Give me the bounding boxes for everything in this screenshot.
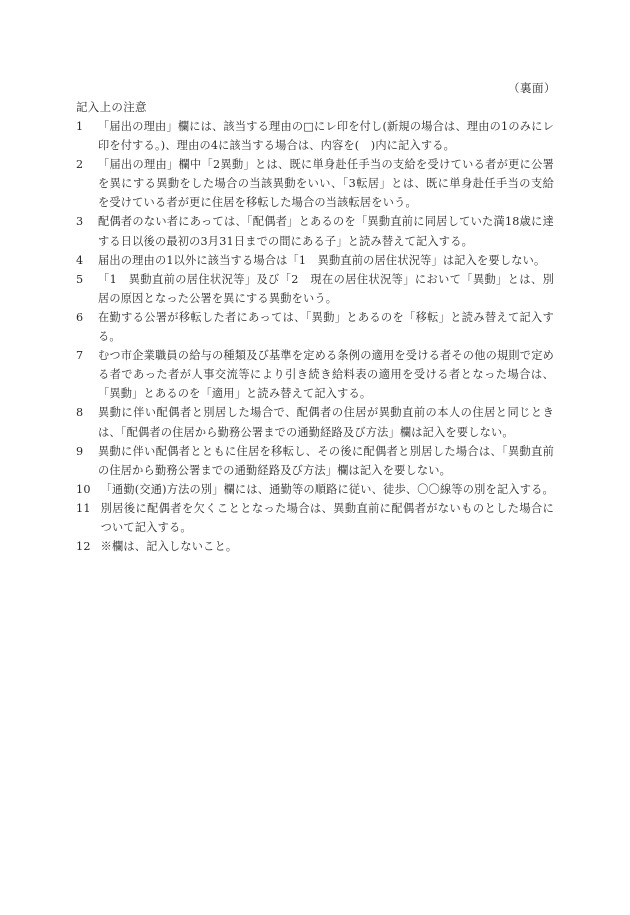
note-text: 在勤する公署が移転した者にあっては、「異動」とあるのを「移転」と読み替えて記入す…	[98, 308, 554, 346]
note-item-2: 2 「届出の理由」欄中「2異動」とは、既に単身赴任手当の支給を受けている者が更に…	[76, 155, 554, 212]
note-text: 異動に伴い配偶者とともに住居を移転し、その後に配偶者と別居した場合は、「異動直前…	[98, 442, 554, 480]
document-page: （裏面） 記入上の注意 1 「届出の理由」欄には、該当する理由の□にレ印を付し(…	[76, 80, 554, 556]
note-number: 8	[76, 403, 86, 422]
note-number: 6	[76, 308, 86, 327]
note-item-9: 9 異動に伴い配偶者とともに住居を移転し、その後に配偶者と別居した場合は、「異動…	[76, 442, 554, 480]
note-number: 3	[76, 212, 86, 231]
note-number: 4	[76, 251, 86, 270]
note-item-8: 8 異動に伴い配偶者と別居した場合で、配偶者の住居が異動直前の本人の住居と同じと…	[76, 403, 554, 441]
note-item-4: 4 届出の理由の1以外に該当する場合は「1 異動直前の居住状況等」は記入を要しな…	[76, 251, 554, 270]
note-text: 配偶者のない者にあっては、「配偶者」とあるのを「異動直前に同居していた満18歳に…	[98, 212, 554, 250]
note-number: 2	[76, 155, 86, 174]
note-item-10: 10 「通勤(交通)方法の別」欄には、通勤等の順路に従い、徒歩、〇〇線等の別を記…	[76, 480, 554, 499]
note-number: 7	[76, 346, 86, 365]
notes-list: 1 「届出の理由」欄には、該当する理由の□にレ印を付し(新規の場合は、理由の1の…	[76, 117, 554, 556]
note-text: むつ市企業職員の給与の種類及び基準を定める条例の適用を受ける者その他の規則で定め…	[98, 346, 554, 403]
reverse-side-label: （裏面）	[76, 80, 556, 96]
note-number: 1	[76, 117, 86, 136]
note-item-11: 11 別居後に配偶者を欠くこととなった場合は、異動直前に配偶者がないものとした場…	[76, 499, 554, 537]
note-text: ※欄は、記入しないこと。	[101, 537, 554, 556]
note-text: 「届出の理由」欄には、該当する理由の□にレ印を付し(新規の場合は、理由の1のみに…	[98, 117, 554, 155]
note-number: 9	[76, 442, 86, 461]
note-item-6: 6 在勤する公署が移転した者にあっては、「異動」とあるのを「移転」と読み替えて記…	[76, 308, 554, 346]
note-item-12: 12 ※欄は、記入しないこと。	[76, 537, 554, 556]
note-text: 届出の理由の1以外に該当する場合は「1 異動直前の居住状況等」は記入を要しない。	[98, 251, 554, 270]
note-number: 10	[76, 480, 91, 499]
notes-heading: 記入上の注意	[76, 98, 554, 117]
note-number: 11	[76, 499, 91, 518]
note-item-3: 3 配偶者のない者にあっては、「配偶者」とあるのを「異動直前に同居していた満18…	[76, 212, 554, 250]
note-number: 12	[76, 537, 91, 556]
note-text: 「通勤(交通)方法の別」欄には、通勤等の順路に従い、徒歩、〇〇線等の別を記入する…	[101, 480, 554, 499]
note-text: 別居後に配偶者を欠くこととなった場合は、異動直前に配偶者がないものとした場合につ…	[101, 499, 554, 537]
note-text: 「届出の理由」欄中「2異動」とは、既に単身赴任手当の支給を受けている者が更に公署…	[98, 155, 554, 212]
note-item-5: 5 「1 異動直前の居住状況等」及び「2 現在の居住状況等」において「異動」とは…	[76, 270, 554, 308]
note-item-1: 1 「届出の理由」欄には、該当する理由の□にレ印を付し(新規の場合は、理由の1の…	[76, 117, 554, 155]
note-item-7: 7 むつ市企業職員の給与の種類及び基準を定める条例の適用を受ける者その他の規則で…	[76, 346, 554, 403]
note-text: 異動に伴い配偶者と別居した場合で、配偶者の住居が異動直前の本人の住居と同じときは…	[98, 403, 554, 441]
note-text: 「1 異動直前の居住状況等」及び「2 現在の居住状況等」において「異動」とは、別…	[98, 270, 554, 308]
note-number: 5	[76, 270, 86, 289]
